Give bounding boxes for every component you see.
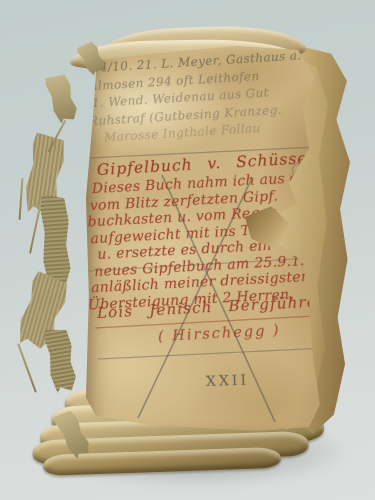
photo-scene: 14/10. 21. L. Meyer, Gasthaus a. d. Almo… xyxy=(0,0,375,500)
binding-cloth-fray xyxy=(43,326,80,394)
binding-cloth-fray xyxy=(43,71,81,124)
summit-register-book: 14/10. 21. L. Meyer, Gasthaus a. d. Almo… xyxy=(0,0,375,500)
loose-thread xyxy=(17,343,37,393)
loose-thread xyxy=(29,206,41,253)
pencil-header-handwriting: 14/10. 21. L. Meyer, Gasthaus a. d. Almo… xyxy=(91,46,323,147)
loose-thread xyxy=(19,178,24,220)
roman-numeral-tally: XXII xyxy=(206,373,250,390)
